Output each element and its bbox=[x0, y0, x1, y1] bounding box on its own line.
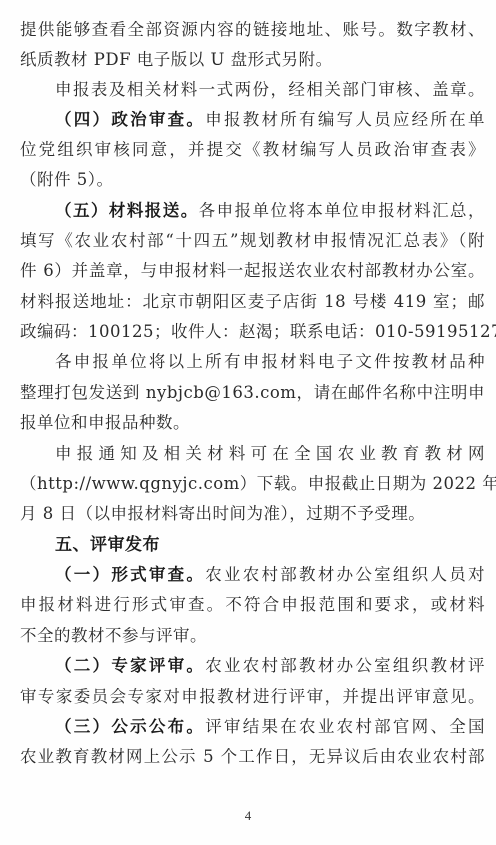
text-line: （三）公示公布。评审结果在农业农村部官网、全国 bbox=[55, 712, 485, 742]
text-line: （四）政治审查。申报教材所有编写人员应经所在单 bbox=[55, 105, 485, 135]
page-number: 4 bbox=[240, 808, 256, 824]
text-line: 申报通知及相关材料可在全国农业教育教材网 bbox=[55, 439, 485, 469]
text-line: （http://www.qgnyjc.com）下载。申报截止日期为 2022 年… bbox=[20, 469, 485, 499]
text-line: 填写《农业农村部“十四五”规划教材申报情况汇总表》（附 bbox=[20, 226, 485, 256]
text-line: （二）专家评审。农业农村部教材办公室组织教材评 bbox=[55, 651, 485, 681]
text-line: 农业教育教材网上公示 5 个工作日，无异议后由农业农村部 bbox=[20, 742, 485, 772]
text-line: 纸质教材 PDF 电子版以 U 盘形式另附。 bbox=[20, 45, 485, 75]
text-line: 月 8 日（以申报材料寄出时间为准），过期不予受理。 bbox=[20, 499, 485, 529]
text-line: 申报材料进行形式审查。不符合申报范围和要求，或材料 bbox=[20, 590, 485, 620]
text-line: 报单位和申报品种数。 bbox=[20, 408, 485, 438]
section-heading-expert-review: （二）专家评审。 bbox=[55, 656, 205, 675]
section-heading-public-announcement: （三）公示公布。 bbox=[55, 717, 205, 736]
section-heading-formal-review: （一）形式审查。 bbox=[55, 565, 205, 584]
text-line: 整理打包发送到 nybjcb@163.com，请在邮件名称中注明申 bbox=[20, 378, 485, 408]
text-line: （五）材料报送。各申报单位将本单位申报材料汇总， bbox=[55, 196, 485, 226]
text-line: 件 6）并盖章，与申报材料一起报送农业农村部教材办公室。 bbox=[20, 256, 485, 286]
text-line: （一）形式审查。农业农村部教材办公室组织人员对 bbox=[55, 560, 485, 590]
text-line: 各申报单位将以上所有申报材料电子文件按教材品种 bbox=[55, 347, 485, 377]
document-page: 提供能够查看全部资源内容的链接地址、账号。数字教材、 纸质教材 PDF 电子版以… bbox=[0, 0, 496, 845]
section-heading-political-review: （四）政治审查。 bbox=[55, 110, 205, 129]
text-line: 审专家委员会专家对申报教材进行评审，并提出评审意见。 bbox=[20, 682, 485, 712]
text-line: 政编码：100125；收件人：赵渴；联系电话：010-59195127。 bbox=[20, 317, 485, 347]
text-line: 五、评审发布 bbox=[55, 530, 485, 560]
text-line: 不全的教材不参与评审。 bbox=[20, 621, 485, 651]
text-line: 提供能够查看全部资源内容的链接地址、账号。数字教材、 bbox=[20, 15, 485, 45]
text-line: 申报表及相关材料一式两份，经相关部门审核、盖章。 bbox=[55, 75, 485, 105]
section-heading-material-submission: （五）材料报送。 bbox=[55, 201, 199, 220]
text-line: 材料报送地址：北京市朝阳区麦子店街 18 号楼 419 室；邮 bbox=[20, 287, 485, 317]
text-line: 位党组织审核同意，并提交《教材编写人员政治审查表》 bbox=[20, 135, 485, 165]
section-heading-review-publication: 五、评审发布 bbox=[55, 535, 160, 555]
text-line: （附件 5）。 bbox=[20, 165, 485, 195]
